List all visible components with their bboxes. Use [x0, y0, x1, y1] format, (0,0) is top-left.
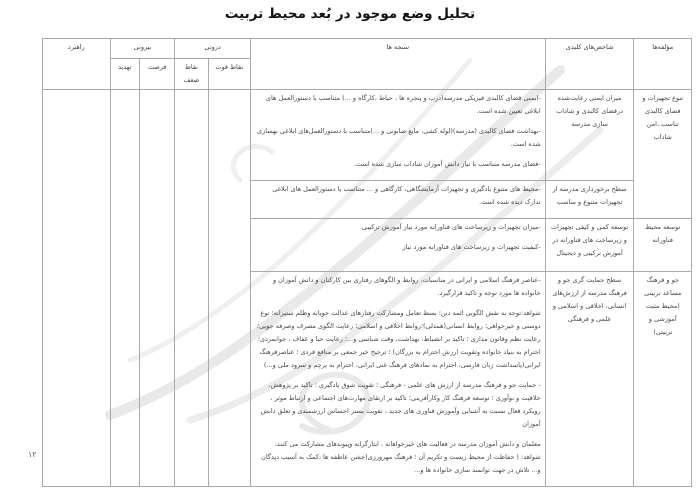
col-header-internal: درونی: [175, 39, 251, 59]
col-header-external: بیرونی: [110, 39, 175, 59]
indicator-cell: میزان ایمنی رعایت‌شده درفضای کالبدی و شا…: [545, 90, 634, 181]
component-cell: تنوع تجهیزات و فضای کالبدی تناسب ،امن شا…: [634, 90, 692, 219]
col-header-weaknesses: نقاط ضعف: [175, 59, 208, 90]
indicator-cell: سطح حمایت گری جو و فرهنگ مدرسه از ارزش‌ه…: [545, 272, 634, 487]
col-header-key-indicators: شاخص‌های کلیدی: [545, 39, 634, 90]
measure-item: -کیفیت تجهیزات و زیرساخت های فناورانه مو…: [255, 241, 541, 254]
measures-cell: -ایمنی فضای کالبدی فیزیکی مدرسه(درب و پن…: [250, 90, 545, 181]
measure-item: معلمان و دانش آموزان مدرسه در فعالیت های…: [255, 438, 541, 477]
indicator-cell: سطح برخورداری مدرسه از تجهیزات متنوع و م…: [545, 181, 634, 219]
measure-item: -فضای مدرسه متناسب با نیاز دانش آموزان ش…: [255, 158, 541, 171]
opportunity-cell: [139, 90, 174, 487]
component-cell: توسعه محیط فناورانه: [634, 219, 692, 272]
page-title: تحلیل وضع موجود در بُعد محیط تربیت: [0, 6, 700, 22]
col-header-measures: سنجه ها: [250, 39, 545, 90]
measures-cell: -میزان تجهیزات و زیرساخت های فناورانه مو…: [250, 219, 545, 272]
col-header-threat: تهدید: [110, 59, 139, 90]
measure-item: -ایمنی فضای کالبدی فیزیکی مدرسه(درب و پن…: [255, 92, 541, 118]
threat-cell: [110, 90, 139, 487]
measures-cell: -محیط های متنوع یادگیری و تجهیزات آزمایش…: [250, 181, 545, 219]
environment-analysis-table: مؤلفه‌ها شاخص‌های کلیدی سنجه ها درونی بی…: [42, 38, 692, 487]
component-cell: جو و فرهنگ مساعد تربیتی (محیط مثبت آموزش…: [634, 272, 692, 487]
weaknesses-cell: [175, 90, 208, 487]
col-header-strengths: نقاط قوت: [208, 59, 250, 90]
table-row: تنوع تجهیزات و فضای کالبدی تناسب ،امن شا…: [43, 90, 692, 181]
measure-item: - حمایت جو و فرهنگ مدرسه از ارزش های علم…: [255, 379, 541, 431]
measure-item: شواهد:توجه به نقش الگویی ائمه دین؛ بسط ت…: [255, 307, 541, 372]
col-header-components: مؤلفه‌ها: [634, 39, 692, 90]
measure-item: -بهداشت فضای کالبدی (مدرسه)(لوله کشی، ما…: [255, 125, 541, 151]
measure-item: -عناصر فرهنگ اسلامی و ایرانی در مناسبات،…: [255, 274, 541, 300]
col-header-opportunity: فرصت: [139, 59, 174, 90]
strengths-cell: [208, 90, 250, 487]
strategy-cell: [43, 90, 111, 487]
col-header-strategy: راهبرد: [43, 39, 111, 90]
page-number: ۱۲: [28, 450, 37, 459]
indicator-cell: توسعه کمی و کیفی تجهیزات و زیرساخت های ف…: [545, 219, 634, 272]
measures-cell: -عناصر فرهنگ اسلامی و ایرانی در مناسبات،…: [250, 272, 545, 487]
measure-item: -محیط های متنوع یادگیری و تجهیزات آزمایش…: [255, 183, 541, 209]
measure-item: -میزان تجهیزات و زیرساخت های فناورانه مو…: [255, 221, 541, 234]
document-page: تحلیل وضع موجود در بُعد محیط تربیت مؤلفه…: [0, 0, 700, 495]
